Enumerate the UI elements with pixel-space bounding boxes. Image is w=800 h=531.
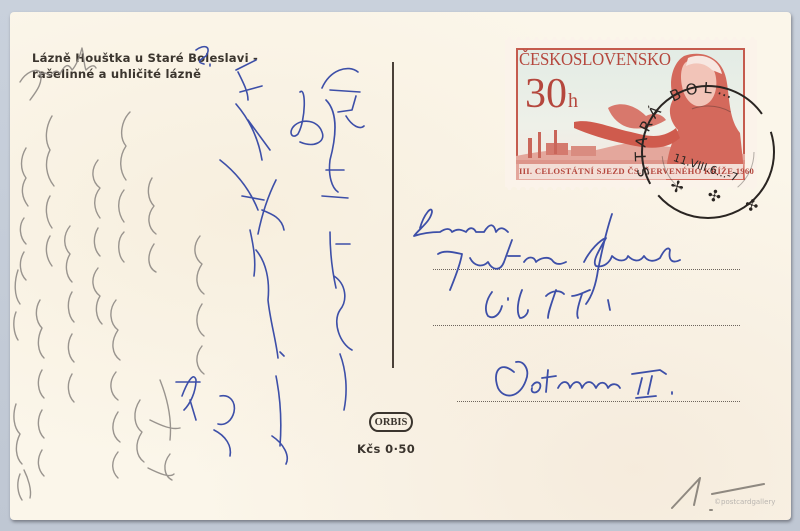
address-line-1 [433,269,740,270]
watermark: ©postcardgallery [714,498,775,506]
postmark-stars: ✢ ✣ ✣ [668,176,770,219]
printed-title: Lázně Houštka u Staré Boleslavi - rašeli… [32,50,258,82]
printed-title-line2: rašelinné a uhličité lázně [32,66,258,82]
center-divider [392,62,394,368]
address-line-2 [433,325,740,326]
address-line-3 [457,401,740,402]
publisher-logo: ORBIS [369,412,413,432]
printed-title-line1: Lázně Houštka u Staré Boleslavi - [32,50,258,66]
stamp-value: 30 [525,71,567,117]
postmark-cancellation: STARÁ BOL… 11.VIII.6…-7 ✢ ✣ ✣ [630,80,790,230]
price-label: Kčs 0·50 [357,442,415,456]
stamp-country: ČESKOSLOVENSKO [519,49,671,70]
stamp-unit: h [568,90,578,113]
